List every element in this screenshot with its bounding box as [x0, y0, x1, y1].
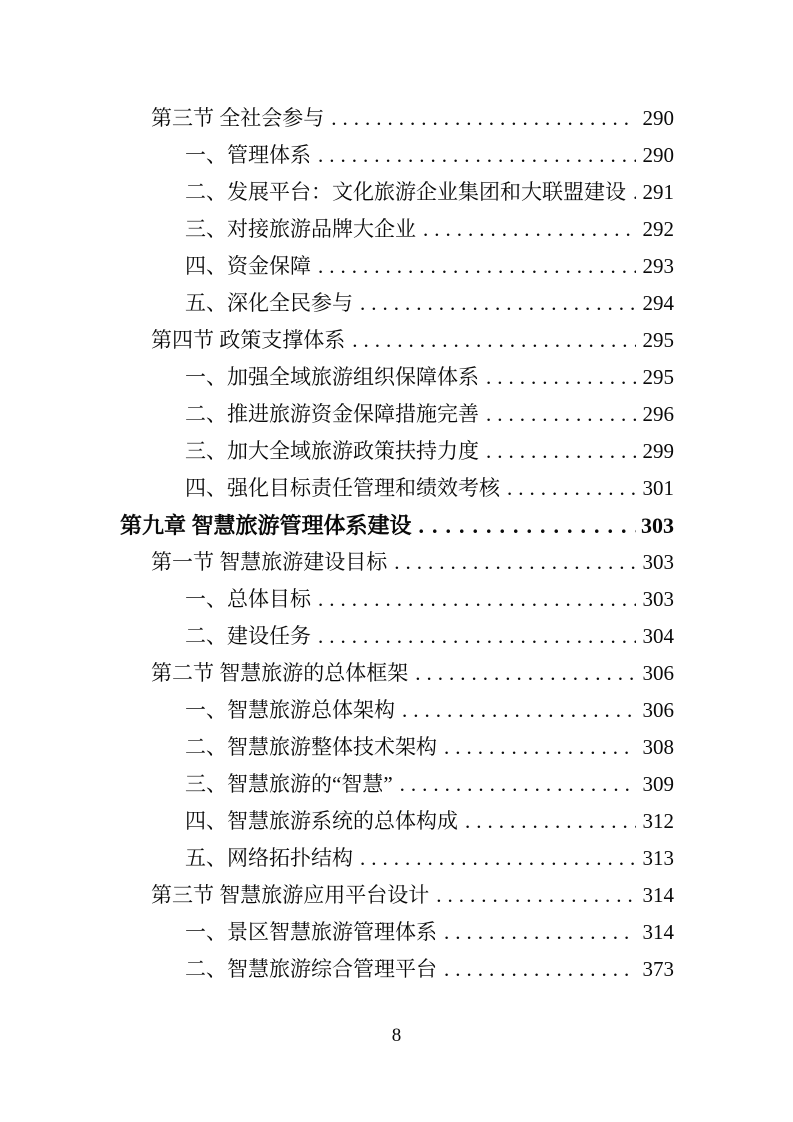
table-of-contents: 第三节 全社会参与...............................…: [120, 100, 674, 988]
toc-entry-title: 二、建设任务: [185, 618, 311, 655]
toc-leader-dots: ........................................…: [507, 470, 636, 507]
toc-entry-title: 三、加大全域旅游政策扶持力度: [185, 433, 479, 470]
toc-entry-title: 第二节 智慧旅游的总体框架: [151, 655, 408, 692]
toc-entry[interactable]: 一、景区智慧旅游管理体系............................…: [120, 914, 674, 951]
toc-entry-title: 二、智慧旅游整体技术架构: [185, 729, 437, 766]
toc-entry-page: 292: [640, 211, 674, 248]
toc-entry-page: 314: [640, 877, 674, 914]
toc-entry[interactable]: 第三节 智慧旅游应用平台设计..........................…: [120, 877, 674, 914]
toc-entry-title: 一、景区智慧旅游管理体系: [185, 914, 437, 951]
toc-entry-page: 303: [640, 581, 674, 618]
toc-entry[interactable]: 第二节 智慧旅游的总体框架...........................…: [120, 655, 674, 692]
toc-entry-title: 五、网络拓扑结构: [185, 840, 353, 877]
toc-leader-dots: ........................................…: [394, 544, 636, 581]
toc-entry-title: 一、总体目标: [185, 581, 311, 618]
toc-entry-title: 二、发展平台：文化旅游企业集团和大联盟建设: [185, 174, 626, 211]
toc-entry-page: 296: [640, 396, 674, 433]
toc-leader-dots: ........................................…: [486, 396, 636, 433]
toc-entry[interactable]: 一、智慧旅游总体架构..............................…: [120, 692, 674, 729]
toc-entry-page: 290: [640, 137, 674, 174]
toc-leader-dots: ........................................…: [444, 914, 636, 951]
toc-entry[interactable]: 四、资金保障..................................…: [120, 248, 674, 285]
toc-leader-dots: ........................................…: [419, 507, 636, 544]
toc-entry-page: 313: [640, 840, 674, 877]
toc-entry-page: 294: [640, 285, 674, 322]
toc-entry[interactable]: 一、总体目标..................................…: [120, 581, 674, 618]
toc-leader-dots: ........................................…: [400, 766, 636, 803]
toc-entry-title: 一、管理体系: [185, 137, 311, 174]
toc-entry-page: 312: [640, 803, 674, 840]
toc-entry-title: 五、深化全民参与: [185, 285, 353, 322]
toc-leader-dots: ........................................…: [444, 951, 636, 988]
toc-leader-dots: ........................................…: [415, 655, 636, 692]
toc-entry-title: 三、智慧旅游的“智慧”: [185, 766, 393, 803]
toc-entry[interactable]: 二、发展平台：文化旅游企业集团和大联盟建设...................…: [120, 174, 674, 211]
toc-leader-dots: ........................................…: [318, 248, 636, 285]
toc-entry[interactable]: 一、管理体系..................................…: [120, 137, 674, 174]
toc-entry-page: 303: [640, 507, 674, 544]
toc-entry[interactable]: 五、网络拓扑结构................................…: [120, 840, 674, 877]
toc-entry-page: 373: [640, 951, 674, 988]
toc-leader-dots: ........................................…: [318, 137, 636, 174]
toc-entry-page: 304: [640, 618, 674, 655]
toc-entry-title: 二、智慧旅游综合管理平台: [185, 951, 437, 988]
toc-entry[interactable]: 五、深化全民参与................................…: [120, 285, 674, 322]
toc-entry-page: 309: [640, 766, 674, 803]
toc-entry-page: 306: [640, 655, 674, 692]
toc-entry-page: 306: [640, 692, 674, 729]
page-number: 8: [392, 1025, 402, 1046]
toc-entry-page: 295: [640, 359, 674, 396]
toc-leader-dots: ........................................…: [486, 359, 636, 396]
toc-entry-page: 303: [640, 544, 674, 581]
toc-entry-title: 四、强化目标责任管理和绩效考核: [185, 470, 500, 507]
toc-entry-title: 一、加强全域旅游组织保障体系: [185, 359, 479, 396]
toc-entry-page: 293: [640, 248, 674, 285]
toc-leader-dots: ........................................…: [633, 174, 636, 211]
toc-entry-title: 第三节 智慧旅游应用平台设计: [151, 877, 429, 914]
toc-entry[interactable]: 一、加强全域旅游组织保障体系..........................…: [120, 359, 674, 396]
toc-entry-title: 四、资金保障: [185, 248, 311, 285]
toc-entry-title: 第三节 全社会参与: [151, 100, 324, 137]
toc-entry[interactable]: 第四节 政策支撑体系..............................…: [120, 322, 674, 359]
toc-entry-page: 308: [640, 729, 674, 766]
toc-entry-page: 314: [640, 914, 674, 951]
page-footer: 8: [0, 1024, 793, 1048]
toc-entry[interactable]: 第九章 智慧旅游管理体系建设..........................…: [120, 507, 674, 544]
toc-entry[interactable]: 第一节 智慧旅游建设目标............................…: [120, 544, 674, 581]
toc-entry[interactable]: 二、智慧旅游综合管理平台............................…: [120, 951, 674, 988]
toc-entry-title: 第四节 政策支撑体系: [151, 322, 345, 359]
toc-entry[interactable]: 四、智慧旅游系统的总体构成...........................…: [120, 803, 674, 840]
toc-entry-title: 第九章 智慧旅游管理体系建设: [120, 507, 412, 544]
toc-leader-dots: ........................................…: [402, 692, 636, 729]
toc-entry-page: 295: [640, 322, 674, 359]
toc-leader-dots: ........................................…: [436, 877, 636, 914]
toc-leader-dots: ........................................…: [486, 433, 636, 470]
toc-leader-dots: ........................................…: [360, 840, 636, 877]
toc-entry-title: 四、智慧旅游系统的总体构成: [185, 803, 458, 840]
toc-leader-dots: ........................................…: [465, 803, 636, 840]
toc-leader-dots: ........................................…: [444, 729, 636, 766]
toc-entry-page: 301: [640, 470, 674, 507]
toc-entry[interactable]: 二、推进旅游资金保障措施完善..........................…: [120, 396, 674, 433]
toc-leader-dots: ........................................…: [318, 581, 636, 618]
toc-leader-dots: ........................................…: [331, 100, 636, 137]
toc-entry[interactable]: 三、加大全域旅游政策扶持力度..........................…: [120, 433, 674, 470]
toc-entry[interactable]: 二、建设任务..................................…: [120, 618, 674, 655]
toc-entry-title: 三、对接旅游品牌大企业: [185, 211, 416, 248]
toc-entry[interactable]: 三、智慧旅游的“智慧”.............................…: [120, 766, 674, 803]
toc-entry-page: 299: [640, 433, 674, 470]
toc-leader-dots: ........................................…: [318, 618, 636, 655]
toc-entry[interactable]: 三、对接旅游品牌大企业.............................…: [120, 211, 674, 248]
document-page: 第三节 全社会参与...............................…: [0, 0, 793, 1122]
toc-entry[interactable]: 二、智慧旅游整体技术架构............................…: [120, 729, 674, 766]
toc-entry-page: 291: [640, 174, 674, 211]
toc-leader-dots: ........................................…: [360, 285, 636, 322]
toc-entry-title: 第一节 智慧旅游建设目标: [151, 544, 387, 581]
toc-entry-title: 二、推进旅游资金保障措施完善: [185, 396, 479, 433]
toc-leader-dots: ........................................…: [423, 211, 636, 248]
toc-leader-dots: ........................................…: [352, 322, 636, 359]
toc-entry-title: 一、智慧旅游总体架构: [185, 692, 395, 729]
toc-entry[interactable]: 第三节 全社会参与...............................…: [120, 100, 674, 137]
toc-entry-page: 290: [640, 100, 674, 137]
toc-entry[interactable]: 四、强化目标责任管理和绩效考核.........................…: [120, 470, 674, 507]
